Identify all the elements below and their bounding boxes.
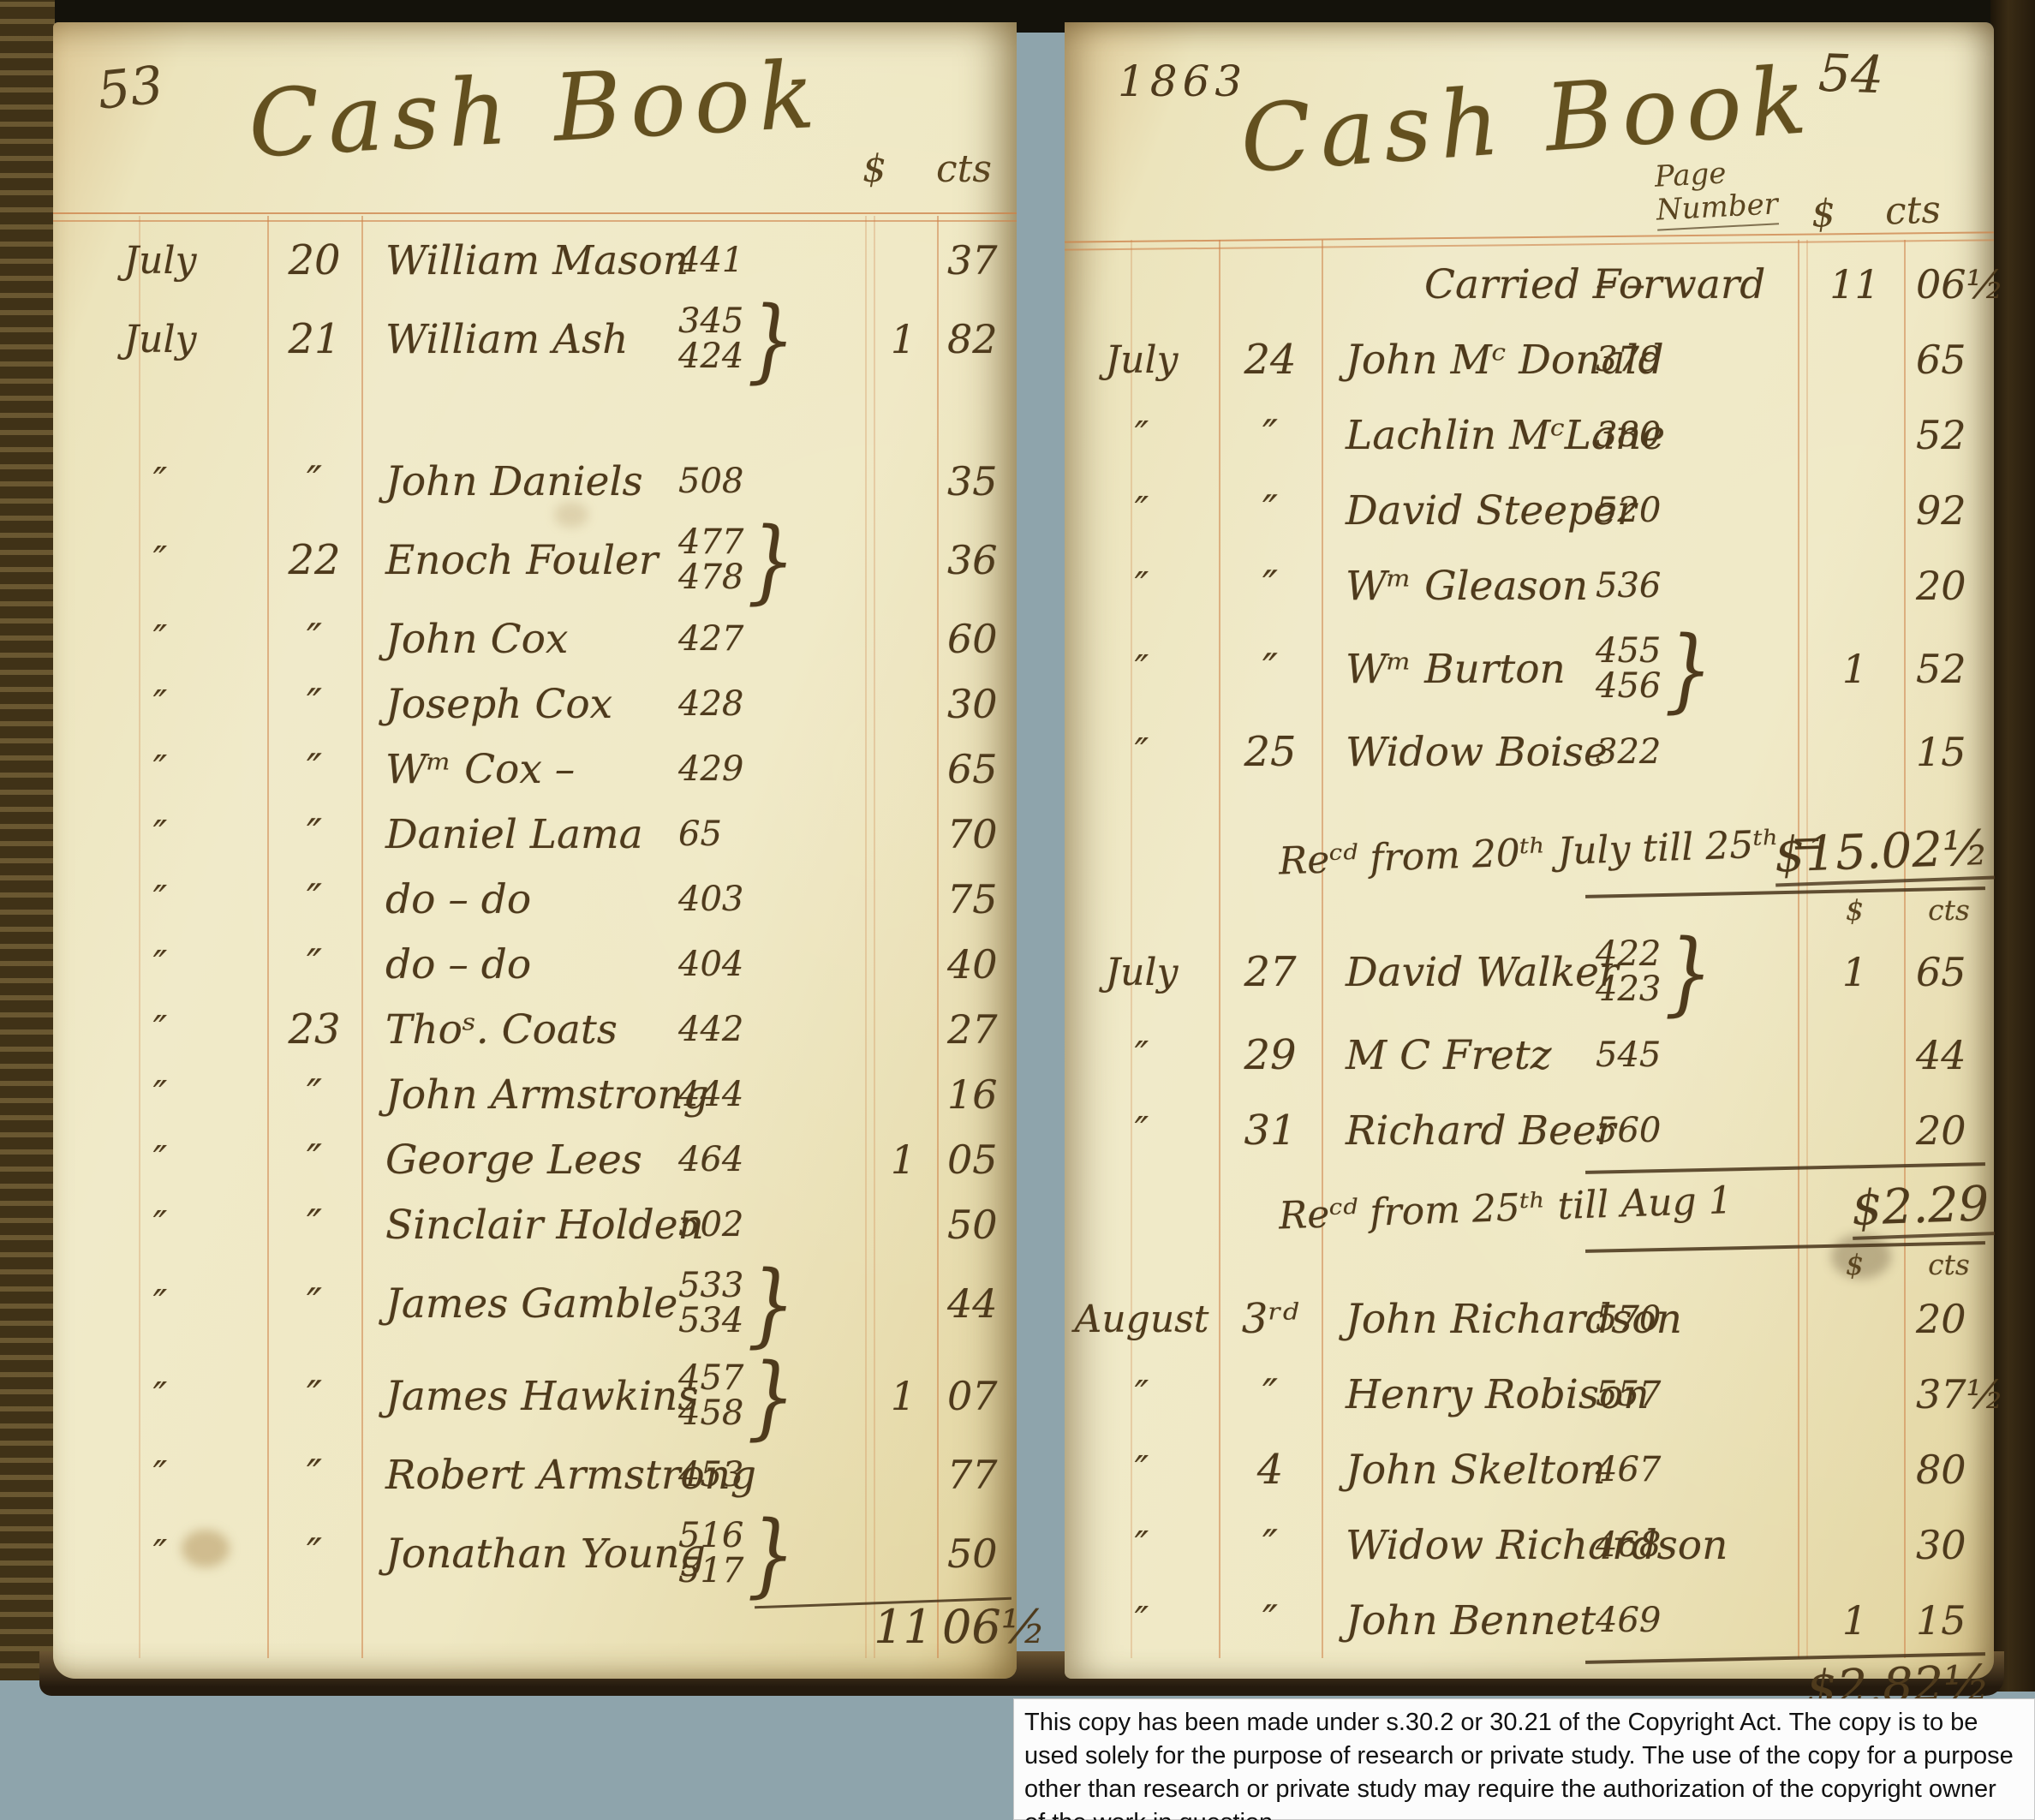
ledger-row: ″″James Hawkins457458107 [53, 1350, 1017, 1442]
entry-cents: 16 [935, 1071, 1017, 1118]
entry-cents: 70 [935, 811, 1017, 857]
entry-day: 3ʳᵈ [1219, 1295, 1322, 1343]
page-ref-number: 536 [1596, 569, 1661, 604]
ledger-page-ref: 520 [1596, 493, 1805, 528]
entry-name: Wᵐ Gleason [1322, 563, 1596, 610]
page-ref-number: 380 [1596, 418, 1661, 453]
entry-name: William Ash [361, 316, 678, 363]
ledger-page-ref: 455456 [1596, 625, 1805, 713]
entry-cents: 65 [1904, 337, 1994, 383]
ledger-row: ″″do – do40440 [53, 932, 1017, 997]
entry-cents: 52 [1904, 646, 1994, 692]
ledger-page-ref: 508 [678, 464, 871, 499]
entry-name: Joseph Cox [361, 681, 678, 728]
page-ref-numbers: 428 [678, 687, 743, 722]
page-ref-number: 424 [678, 339, 743, 374]
page-ref-number: 404 [678, 947, 743, 982]
entry-day: ″ [267, 810, 361, 858]
page-ref-number: 65 [678, 817, 722, 852]
ledger-page-ref: 560 [1596, 1113, 1805, 1149]
cents-header: cts [1904, 893, 1994, 927]
ledger-page-ref: 441 [678, 243, 871, 278]
page-ref-numbers: 457458 [678, 1361, 743, 1431]
entry-cents: 06½ [1904, 261, 2004, 307]
page-ref-number: 520 [1596, 493, 1661, 528]
entry-month: ″ [1065, 1109, 1219, 1153]
ledger-row: ″″Joseph Cox42830 [53, 671, 1017, 737]
page-ref-numbers: 560 [1596, 1113, 1661, 1149]
page-ref-number: 502 [678, 1208, 743, 1243]
entry-day: ″ [267, 745, 361, 793]
entry-cents: 44 [935, 1280, 1017, 1327]
ledger-page-ref: 379 [1596, 343, 1805, 378]
entry-name: David Walker [1322, 949, 1596, 996]
ledger-row: ″″Widow Richardson46830 [1065, 1507, 1994, 1583]
entry-cents: 35 [935, 458, 1017, 504]
ledger-row: ″29M C Fretz54544 [1065, 1017, 1994, 1093]
entry-name: Widow Richardson [1322, 1522, 1596, 1569]
entry-month: ″ [1065, 1599, 1219, 1643]
ledger-row: ″23Thoˢ. Coats44227 [53, 997, 1017, 1062]
entry-month: ″ [1065, 647, 1219, 691]
cents-header: cts [936, 147, 992, 191]
entry-cents: 37 [935, 237, 1017, 283]
page-ref-number: 557 [1596, 1377, 1661, 1412]
entry-name: Lachlin MᶜLane [1322, 412, 1596, 459]
entry-name: John Skelton [1322, 1447, 1596, 1494]
entry-cents: 20 [1904, 1296, 1994, 1342]
entry-name: Thoˢ. Coats [361, 1006, 678, 1053]
entry-cents: 07 [935, 1373, 1017, 1419]
ledger-page-ref: 502 [678, 1208, 871, 1243]
ledger-page-54: 1863 54 Cash Book Page Number $ cts Carr… [1065, 22, 1994, 1679]
page-ref-numbers: 403 [678, 882, 743, 917]
ledger-row: ″″Wᵐ Burton455456152 [1065, 624, 1994, 714]
page-ref-number: 508 [678, 464, 743, 499]
entry-day: ″ [1219, 1521, 1322, 1569]
page-ref-number: 464 [678, 1143, 743, 1178]
entry-name: John Armstrong [361, 1071, 678, 1119]
page-ref-numbers: 536 [1596, 569, 1661, 604]
page-ref-numbers: 455456 [1596, 634, 1661, 704]
ledger-page-ref: 533534 [678, 1260, 871, 1348]
page-ref-numbers: 65 [678, 817, 722, 852]
page-ref-numbers: 469 [1596, 1603, 1661, 1638]
entry-month: ″ [53, 1453, 267, 1497]
ledger-page-ref: 380 [1596, 418, 1805, 453]
entry-cents: 52 [1904, 412, 1994, 458]
period-subtotal-row: Reᶜᵈ from 25ᵗʰ till Aug 1$2.29 [1065, 1168, 1994, 1247]
entry-cents: 15 [1904, 729, 1994, 775]
ledger-page-ref: 442 [678, 1012, 871, 1047]
entry-name: Daniel Lama [361, 811, 678, 858]
entry-day: 22 [267, 536, 361, 584]
entry-day: ″ [267, 1071, 361, 1119]
entry-month: ″ [1065, 414, 1219, 457]
subtotal-label: Reᶜᵈ from 25ᵗʰ till Aug 1 [1218, 1176, 1805, 1240]
page-title-left: Cash Book [246, 42, 826, 179]
entry-cents: 05 [935, 1137, 1017, 1183]
entry-month: July [53, 239, 267, 283]
ledger-page-ref: 404 [678, 947, 871, 982]
entry-month: ″ [53, 1138, 267, 1182]
page-ref-numbers: 379 [1596, 343, 1661, 378]
entry-dollars: 1 [1805, 1597, 1904, 1644]
page-ref-number: 379 [1596, 343, 1661, 378]
entry-cents: 60 [935, 616, 1017, 662]
entry-day: ″ [267, 457, 361, 505]
total-cents: 06½ [935, 1600, 1046, 1654]
entry-day: ″ [1219, 1596, 1322, 1644]
ledger-row: ″″John Armstrong44416 [53, 1062, 1017, 1127]
page-ref-number: 427 [678, 622, 743, 657]
entry-cents: 36 [935, 537, 1017, 583]
ledger-row: ″″Jonathan Young51651750 [53, 1507, 1017, 1600]
entry-day: ″ [267, 875, 361, 923]
ledger-page-ref: 422423 [1596, 928, 1805, 1017]
entry-month: ″ [53, 683, 267, 726]
entry-month: ″ [53, 1532, 267, 1576]
page-ref-number: 322 [1596, 735, 1661, 770]
ledger-page-ref: 464 [678, 1143, 871, 1178]
page-ref-number: 478 [678, 560, 743, 595]
page-ref-numbers: 429 [678, 752, 743, 787]
entry-name: George Lees [361, 1137, 678, 1184]
page-ref-number: 570 [1596, 1302, 1661, 1337]
entry-day: ″ [1219, 486, 1322, 534]
page-ref-number: 560 [1596, 1113, 1661, 1149]
ledger-row: ″25Widow Boise32215 [1065, 714, 1994, 790]
entry-name: Enoch Fouler [361, 537, 678, 584]
page-ref-number: 533 [678, 1268, 743, 1304]
ledger-page-ref: 345424 [678, 295, 871, 384]
entry-cents: 50 [935, 1531, 1017, 1577]
entry-name: David Steeper [1322, 487, 1596, 534]
page-ref-number: 534 [678, 1304, 743, 1339]
money-column-subheaders: $cts [1065, 1247, 1994, 1281]
entry-day: 20 [267, 236, 361, 284]
page-ref-number: 403 [678, 882, 743, 917]
page-ref-number: 456 [1596, 669, 1661, 704]
ledger-page-ref: 467 [1596, 1453, 1805, 1488]
page-ref-number: 455 [1596, 634, 1661, 669]
ledger-page-ref: 444 [678, 1077, 871, 1113]
entry-day: ″ [267, 1530, 361, 1578]
ledger-page-ref: 453 [678, 1458, 871, 1493]
page-ref-numbers: 502 [678, 1208, 743, 1243]
entry-day: 27 [1219, 948, 1322, 996]
entry-month: ″ [53, 1073, 267, 1117]
ledger-row: ″″Robert Armstrong45377 [53, 1442, 1017, 1507]
ledger-page-ref: 428 [678, 687, 871, 722]
entry-month: ″ [1065, 564, 1219, 608]
entry-cents: 65 [1904, 949, 1994, 995]
cash-book-scan: 53 Cash Book $ cts July20William Mason44… [0, 0, 2035, 1820]
entry-name: John Mᶜ Donald [1322, 337, 1596, 384]
page-total-row: 1106½ [53, 1600, 1017, 1653]
entry-month: ″ [53, 539, 267, 582]
entry-month: July [1065, 951, 1219, 994]
entry-cents: 30 [935, 681, 1017, 727]
ledger-entries-right: Carried Forward– –1106½July24John Mᶜ Don… [1065, 247, 1994, 1708]
entry-month: ″ [53, 813, 267, 856]
ledger-page-ref: 457458 [678, 1352, 871, 1441]
page-ref-number: 477 [678, 525, 743, 560]
ledger-row: August3ʳᵈJohn Richardson57020 [1065, 1281, 1994, 1357]
entry-day: 21 [267, 315, 361, 363]
page-ref-number: 423 [1596, 972, 1661, 1007]
page-ref-number: 442 [678, 1012, 743, 1047]
page-ref-number: 444 [678, 1077, 743, 1113]
ledger-page-ref: 427 [678, 622, 871, 657]
page-ref-numbers: 322 [1596, 735, 1661, 770]
ledger-row: ″″Lachlin MᶜLane38052 [1065, 397, 1994, 473]
entry-name: Robert Armstrong [361, 1452, 678, 1499]
ledger-row: ″″John Bennet469115 [1065, 1583, 1994, 1658]
ledger-row: ″31Richard Beer56020 [1065, 1093, 1994, 1168]
entry-month: ″ [53, 943, 267, 987]
entry-name: John Bennet [1322, 1597, 1596, 1644]
ledger-row: ″″David Steeper52092 [1065, 473, 1994, 548]
entry-name: M C Fretz [1322, 1032, 1596, 1079]
page-ref-dash: – – [1596, 263, 1805, 307]
entry-day: ″ [267, 1372, 361, 1420]
period-subtotal-row: Reᶜᵈ from 20ᵗʰ July till 25ᵗʰ =$15.02½ [1065, 814, 1994, 892]
ledger-page-53: 53 Cash Book $ cts July20William Mason44… [53, 22, 1017, 1679]
ledger-page-ref: 322 [1596, 735, 1805, 770]
page-ref-number: 545 [1596, 1038, 1661, 1073]
entry-name: John Richardson [1322, 1296, 1596, 1343]
ledger-page-ref: 516517 [678, 1510, 871, 1598]
page-ref-number: 457 [678, 1361, 743, 1396]
page-ref-number: 469 [1596, 1603, 1661, 1638]
subtotal-amount: $15.02½ [1774, 820, 1995, 886]
entry-cents: 15 [1904, 1597, 1994, 1644]
entry-month: July [1065, 338, 1219, 382]
dollar-sign-header: $ [1805, 1248, 1904, 1281]
page-ref-numbers: 468 [1596, 1528, 1661, 1563]
entry-day: ″ [267, 940, 361, 988]
page-ref-numbers: 444 [678, 1077, 743, 1113]
entry-day: ″ [267, 1451, 361, 1499]
entry-month: ″ [53, 1203, 267, 1247]
entry-cents: 37½ [1904, 1371, 2004, 1417]
page-ref-number: 441 [678, 243, 743, 278]
money-column-subheaders: $cts [1065, 892, 1994, 927]
page-ref-numbers: 467 [1596, 1453, 1661, 1488]
entry-month: ″ [53, 748, 267, 791]
page-ref-numbers: 453 [678, 1458, 743, 1493]
ledger-row: ″″George Lees464105 [53, 1127, 1017, 1192]
entry-name: Wᵐ Burton [1322, 646, 1596, 693]
entry-cents: 92 [1904, 487, 1994, 534]
cents-header: cts [1904, 1248, 1994, 1281]
entry-name: Widow Boise [1322, 729, 1596, 776]
page-ref-number: 422 [1596, 937, 1661, 972]
entry-dollars: 1 [871, 316, 935, 362]
entry-month: ″ [1065, 489, 1219, 533]
entry-cents: 65 [935, 746, 1017, 792]
ledger-row: July27David Walker422423165 [1065, 927, 1994, 1017]
entry-name: Sinclair Holden [361, 1202, 678, 1249]
ledger-row: July20William Mason44137 [53, 228, 1017, 293]
page-ref-numbers: 427 [678, 622, 743, 657]
entry-cents: 75 [935, 876, 1017, 922]
page-ref-numbers: 441 [678, 243, 743, 278]
book-cover-right-edge [1990, 0, 2035, 1692]
ledger-page-ref: 536 [1596, 569, 1805, 604]
page-ref-numbers: 545 [1596, 1038, 1661, 1073]
dollar-sign-header: $ [1811, 192, 1836, 236]
ledger-row: ″″James Gamble53353444 [53, 1257, 1017, 1350]
page-ref-number: 458 [678, 1396, 743, 1431]
entry-cents: 20 [1904, 563, 1994, 609]
entry-cents: 77 [935, 1452, 1017, 1498]
ledger-row: ″″John Daniels50835 [53, 449, 1017, 514]
ledger-entries-left: July20William Mason44137July21William As… [53, 228, 1017, 1653]
page-ref-numbers: 570 [1596, 1302, 1661, 1337]
page-ref-numbers: 442 [678, 1012, 743, 1047]
entry-day: ″ [1219, 1370, 1322, 1418]
dollar-sign-header: $ [1805, 893, 1904, 927]
entry-cents: 44 [1904, 1032, 1994, 1078]
page-ref-number: 517 [678, 1554, 743, 1589]
copyright-notice: This copy has been made under s.30.2 or … [1013, 1698, 2035, 1820]
page-ref-numbers: 404 [678, 947, 743, 982]
ledger-row: ″″Sinclair Holden50250 [53, 1192, 1017, 1257]
entry-month: ″ [53, 618, 267, 661]
dollar-sign-header: $ [862, 147, 886, 191]
money-column-headers-left: $ cts [862, 147, 992, 191]
entry-cents: 50 [935, 1202, 1017, 1248]
entry-cents: 40 [935, 941, 1017, 988]
entry-day: 24 [1219, 336, 1322, 384]
entry-month: ″ [1065, 731, 1219, 774]
page-number-right: 54 [1817, 44, 1885, 106]
entry-cents: 30 [1904, 1522, 1994, 1568]
page-ref-number: 468 [1596, 1528, 1661, 1563]
ledger-row: July21William Ash345424182 [53, 293, 1017, 385]
header-rule-line [53, 212, 1017, 222]
entry-day: ″ [267, 1136, 361, 1184]
ledger-row: July24John Mᶜ Donald37965 [1065, 322, 1994, 397]
entry-name: James Gamble [361, 1280, 678, 1328]
entry-name: James Hawkins [361, 1373, 678, 1420]
page-ref-number: 453 [678, 1458, 743, 1493]
entry-month: ″ [1065, 1034, 1219, 1077]
money-column-headers-right: $ cts [1811, 188, 1942, 236]
page-ref-number: 516 [678, 1519, 743, 1554]
entry-cents: 20 [1904, 1107, 1994, 1154]
ledger-page-ref: 65 [678, 817, 871, 852]
entry-name: Henry Robison [1322, 1371, 1596, 1418]
page-ref-numbers: 422423 [1596, 937, 1661, 1007]
total-dollars: 11 [871, 1600, 935, 1654]
page-ref-number: 345 [678, 304, 743, 339]
entry-name: William Mason [361, 237, 678, 284]
entry-cents: 80 [1904, 1447, 1994, 1493]
entry-day: ″ [1219, 645, 1322, 693]
entry-cents: 82 [935, 316, 1017, 362]
page-ref-number: 428 [678, 687, 743, 722]
entry-dollars: 1 [871, 1373, 935, 1419]
ledger-page-ref: 469 [1596, 1603, 1805, 1638]
subtotal-label: Reᶜᵈ from 20ᵗʰ July till 25ᵗʰ = [1218, 821, 1805, 886]
page-ref-numbers: 516517 [678, 1519, 743, 1589]
entry-day: ″ [267, 1201, 361, 1249]
carried-forward-label: Carried Forward [1322, 261, 1596, 308]
entry-month: ″ [53, 1375, 267, 1418]
entry-name: Richard Beer [1322, 1107, 1596, 1155]
page-ref-numbers: 380 [1596, 418, 1661, 453]
entry-day: ″ [267, 1280, 361, 1328]
entry-dollars: 1 [1805, 949, 1904, 995]
ledger-row: ″4John Skelton46780 [1065, 1432, 1994, 1507]
page-ref-numbers: 557 [1596, 1377, 1661, 1412]
page-ref-numbers: 464 [678, 1143, 743, 1178]
entry-month: ″ [53, 1282, 267, 1326]
entry-day: 31 [1219, 1107, 1322, 1155]
entry-name: John Cox [361, 616, 678, 663]
entry-day: ″ [1219, 411, 1322, 459]
entry-name: do – do [361, 876, 678, 923]
ledger-page-ref: 557 [1596, 1377, 1805, 1412]
page-ref-numbers: 533534 [678, 1268, 743, 1339]
entry-name: do – do [361, 941, 678, 988]
ledger-row: ″22Enoch Fouler47747836 [53, 514, 1017, 606]
entry-name: Jonathan Young [361, 1531, 678, 1578]
cents-header: cts [1884, 188, 1942, 233]
entry-day: 23 [267, 1005, 361, 1053]
entry-month: ″ [1065, 1448, 1219, 1492]
entry-day: ″ [267, 680, 361, 728]
entry-day: ″ [267, 615, 361, 663]
entry-name: John Daniels [361, 458, 678, 505]
ledger-row: ″″Wᵐ Cox –42965 [53, 737, 1017, 802]
page-number-column-label: Page Number [1654, 154, 1779, 231]
ledger-page-ref: 477478 [678, 516, 871, 605]
entry-month: ″ [53, 1008, 267, 1052]
page-ref-numbers: 520 [1596, 493, 1661, 528]
ledger-page-ref: 403 [678, 882, 871, 917]
entry-day: 4 [1219, 1446, 1322, 1494]
ledger-page-ref: 429 [678, 752, 871, 787]
entry-day: 29 [1219, 1031, 1322, 1079]
ledger-row: ″″do – do40375 [53, 867, 1017, 932]
ledger-page-ref: 570 [1596, 1302, 1805, 1337]
entry-name: Wᵐ Cox – [361, 746, 678, 793]
entry-month: ″ [1065, 1524, 1219, 1567]
book-spine-left-edge [0, 0, 55, 1680]
page-ref-numbers: 477478 [678, 525, 743, 595]
page-ref-number: 429 [678, 752, 743, 787]
page-number-left: 53 [95, 55, 166, 122]
carried-forward-row: Carried Forward– –1106½ [1065, 247, 1994, 322]
subtotal-amount: $2.29 [1851, 1176, 1996, 1240]
entry-month: July [53, 318, 267, 361]
page-ref-numbers: 345424 [678, 304, 743, 374]
year-label: 1863 [1118, 57, 1247, 106]
entry-month: ″ [53, 460, 267, 504]
entry-day: ″ [1219, 562, 1322, 610]
ledger-page-ref: 468 [1596, 1528, 1805, 1563]
ledger-row: ″″Henry Robison55737½ [1065, 1357, 1994, 1432]
entry-day: 25 [1219, 728, 1322, 776]
ledger-row: ″″Wᵐ Gleason53620 [1065, 548, 1994, 624]
ledger-row: ″″Daniel Lama6570 [53, 802, 1017, 867]
entry-month: ″ [1065, 1373, 1219, 1417]
ledger-row: ″″John Cox42760 [53, 606, 1017, 671]
